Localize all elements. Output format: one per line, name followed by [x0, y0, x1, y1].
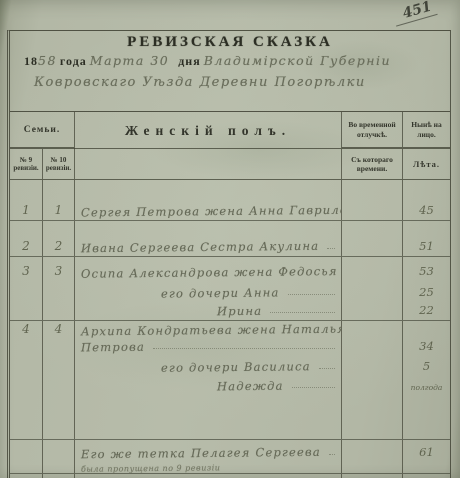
dotted-leader — [153, 348, 335, 349]
form-header: РЕВИЗСКАЯ СКАЗКА 1858 года Марта 30 дня … — [10, 31, 450, 114]
place-handwritten: Ковровскаго Уѣзда Деревни Погорѣлки — [34, 75, 366, 90]
family-no-rev10 — [42, 281, 74, 302]
age-value: 25 — [419, 285, 434, 299]
person-entry: Ирина — [74, 302, 341, 320]
age-value: 22 — [419, 303, 434, 317]
table-row: Ирина22 — [10, 302, 450, 321]
family-no-rev10 — [42, 462, 74, 473]
family-no-rev9 — [10, 302, 42, 320]
age-cell: 5 — [402, 356, 450, 376]
page-number: 451 — [391, 0, 438, 27]
family-no-rev10 — [42, 356, 74, 376]
date-handwritten: Марта 30 — [90, 53, 169, 68]
dotted-leader — [327, 248, 335, 249]
col-header-female-sex: Женскій полъ. — [74, 112, 341, 149]
family-no-rev10 — [42, 339, 74, 356]
family-no-rev9: 3 — [10, 257, 42, 281]
age-value: 61 — [419, 445, 434, 459]
person-entry: его дочери Анна — [74, 281, 341, 302]
person-entry-text: Сергея Петрова жена Анна Гаврилова — [81, 203, 341, 220]
person-entry-text: Надежда — [217, 379, 284, 394]
person-entry-text: его дочери Анна — [161, 285, 280, 300]
table-header-row-1: Семьи. Женскій полъ. Во времен­ной отлуч… — [10, 112, 450, 149]
province-handwritten: Владимірской Губерніи — [204, 53, 391, 68]
table-header-row-2: № 9 реви­зіи. № 10 реви­зіи. Съ котораго… — [10, 149, 450, 180]
family-no-rev9 — [10, 440, 42, 462]
absence-since-cell — [341, 462, 402, 473]
person-entry: была пропущена по 9 ревизіи — [74, 462, 341, 473]
family-no-rev10: 3 — [42, 257, 74, 281]
family-no-rev10 — [42, 440, 74, 462]
family-no-rev9: 2 — [10, 221, 42, 256]
dotted-leader — [288, 294, 335, 295]
table-row: его дочери Анна25 — [10, 281, 450, 302]
age-value: 5 — [423, 359, 430, 373]
person-entry: Архипа Кондратьева жена Наталья — [74, 321, 341, 339]
age-cell: 53 — [402, 257, 450, 281]
col-header-since-when: Съ котораго времени. — [341, 149, 402, 179]
absence-since-cell — [341, 281, 402, 302]
absence-since-cell — [341, 395, 402, 439]
goda-printed: года — [60, 54, 87, 68]
person-entry: Осипа Александрова жена Федосья Сергеева — [74, 257, 341, 281]
absence-since-cell — [341, 221, 402, 256]
age-value: 51 — [419, 239, 434, 253]
table-row: 22Ивана Сергеева Сестра Акулина51 — [10, 221, 450, 257]
absence-since-cell — [341, 302, 402, 320]
age-value: полгода — [411, 383, 443, 392]
absence-since-cell — [341, 321, 402, 339]
table-row: 11Сергея Петрова жена Анна Гаврилова45 — [10, 180, 450, 221]
place-line: Ковровскаго Уѣзда Деревни Погорѣлки — [10, 69, 450, 91]
age-cell: 61 — [402, 440, 450, 462]
family-no-rev9 — [10, 339, 42, 356]
family-no-rev9: 4 — [10, 321, 42, 339]
revision-list-page: 451 РЕВИЗСКАЯ СКАЗКА 1858 года Марта 30 … — [0, 0, 460, 478]
table-row: 33Осипа Александрова жена Федосья Сергее… — [10, 257, 450, 281]
absence-since-cell — [341, 339, 402, 356]
dotted-leader — [270, 312, 335, 313]
person-entry: его дочери Василиса — [74, 356, 341, 376]
table-stub-cell — [42, 474, 74, 478]
person-entry — [74, 395, 341, 439]
table-bottom-stub — [10, 474, 450, 478]
table-body: 11Сергея Петрова жена Анна Гаврилова4522… — [10, 180, 450, 478]
form-title: РЕВИЗСКАЯ СКАЗКА — [10, 34, 450, 51]
col-header-age: Лѣта. — [402, 149, 450, 179]
absence-since-cell — [341, 440, 402, 462]
col-header-now-present: Нынѣ на лицо. — [402, 112, 450, 148]
age-cell: 45 — [402, 180, 450, 220]
table-stub-cell — [74, 474, 341, 478]
table-row — [10, 395, 450, 440]
family-no-rev9: 1 — [10, 180, 42, 220]
person-entry: Ивана Сергеева Сестра Акулина — [74, 221, 341, 256]
family-no-rev9 — [10, 395, 42, 439]
family-no-rev9 — [10, 281, 42, 302]
person-entry-text: Осипа Александрова жена Федосья Сергеева — [81, 263, 341, 280]
census-form: РЕВИЗСКАЯ СКАЗКА 1858 года Марта 30 дня … — [7, 30, 451, 478]
table-row: была пропущена по 9 ревизіи — [10, 462, 450, 474]
col-header-revision-9: № 9 реви­зіи. — [10, 149, 42, 179]
absence-since-cell — [341, 376, 402, 395]
age-cell: 25 — [402, 281, 450, 302]
absence-since-cell — [341, 180, 402, 220]
table-row: его дочери Василиса5 — [10, 356, 450, 376]
year-handwritten: 58 — [38, 53, 57, 68]
col-header-temporary-absence: Во времен­ной отлуч­кѣ. — [341, 112, 402, 148]
person-entry-text: Архипа Кондратьева жена Наталья — [81, 322, 341, 339]
age-value: 34 — [419, 339, 434, 353]
person-entry: Сергея Петрова жена Анна Гаврилова — [74, 180, 341, 220]
census-table: Семьи. Женскій полъ. Во времен­ной отлуч… — [10, 111, 450, 478]
person-entry-text: Петрова — [81, 340, 145, 355]
family-no-rev10: 2 — [42, 221, 74, 256]
table-row: Петрова34 — [10, 339, 450, 356]
family-no-rev10 — [42, 376, 74, 395]
family-no-rev10: 4 — [42, 321, 74, 339]
age-cell — [402, 321, 450, 339]
age-cell: полгода — [402, 376, 450, 395]
family-no-rev10 — [42, 302, 74, 320]
person-entry: Надежда — [74, 376, 341, 395]
age-value: 53 — [419, 264, 434, 278]
age-cell: 22 — [402, 302, 450, 320]
dotted-leader — [319, 368, 335, 369]
table-row: Надеждаполгода — [10, 376, 450, 395]
absence-since-cell — [341, 356, 402, 376]
age-value: 45 — [419, 203, 434, 217]
table-stub-cell — [341, 474, 402, 478]
year-prefix-printed: 18 — [24, 54, 38, 68]
person-entry-text: была пропущена по 9 ревизіи — [81, 463, 220, 473]
family-no-rev10: 1 — [42, 180, 74, 220]
family-no-rev9 — [10, 356, 42, 376]
person-entry-text: Ивана Сергеева Сестра Акулина — [81, 239, 319, 255]
person-entry-text: его дочери Василиса — [161, 359, 311, 375]
family-no-rev9 — [10, 376, 42, 395]
age-cell — [402, 462, 450, 473]
table-stub-cell — [10, 474, 42, 478]
table-row: Его же тетка Пелагея Сергеева61 — [10, 440, 450, 462]
person-entry: Его же тетка Пелагея Сергеева — [74, 440, 341, 462]
col-header-female-blank — [74, 149, 341, 179]
col-header-families: Семьи. — [10, 112, 74, 148]
date-line: 1858 года Марта 30 дня Владимірской Губе… — [10, 51, 450, 69]
col-header-revision-10: № 10 реви­зіи. — [42, 149, 74, 179]
table-stub-cell — [402, 474, 450, 478]
age-cell — [402, 395, 450, 439]
family-no-rev9 — [10, 462, 42, 473]
age-cell: 34 — [402, 339, 450, 356]
person-entry-text: Его же тетка Пелагея Сергеева — [81, 445, 321, 462]
family-no-rev10 — [42, 395, 74, 439]
dotted-leader — [329, 454, 335, 455]
age-cell: 51 — [402, 221, 450, 256]
person-entry: Петрова — [74, 339, 341, 356]
dotted-leader — [292, 387, 335, 388]
person-entry-text: Ирина — [217, 304, 262, 318]
absence-since-cell — [341, 257, 402, 281]
table-row: 44Архипа Кондратьева жена Наталья — [10, 321, 450, 339]
dnya-printed: дня — [178, 54, 200, 68]
